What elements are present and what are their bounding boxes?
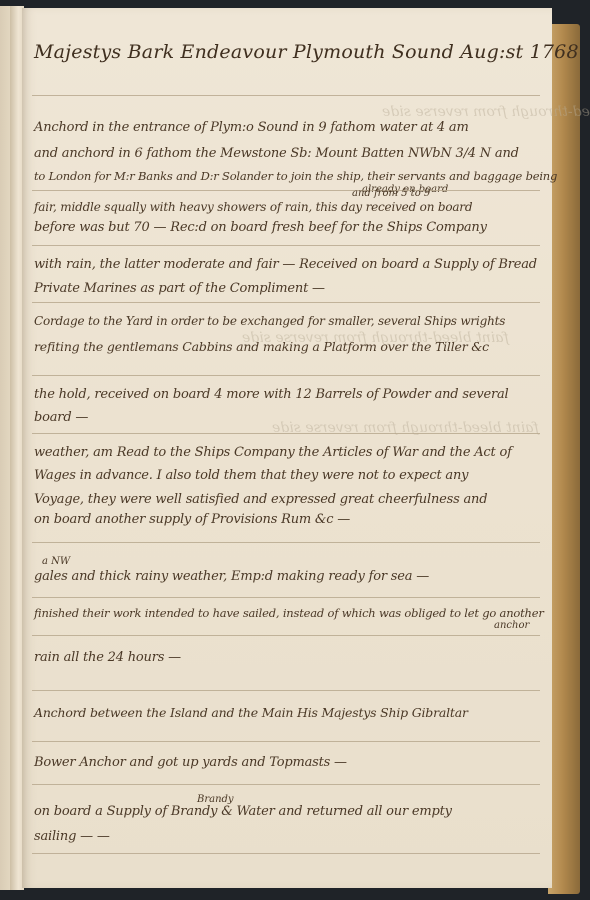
journal-line: the hold, received on board 4 more with … [34, 387, 508, 402]
ruled-line [32, 853, 540, 854]
ruled-line [32, 635, 540, 636]
ruled-line [32, 245, 540, 246]
ruled-line [32, 597, 540, 598]
journal-line: on board a Supply of Brandy & Water and … [34, 804, 452, 819]
ruled-line [32, 95, 540, 96]
bleed-through-text: faint bleed-through from reverse side [382, 104, 590, 120]
journal-line: Private Marines as part of the Complimen… [34, 281, 325, 296]
journal-line: on board another supply of Provisions Ru… [34, 512, 350, 527]
journal-line: weather, am Read to the Ships Company th… [34, 445, 512, 460]
journal-line: Wages in advance. I also told them that … [34, 468, 468, 483]
journal-line: fair, middle squally with heavy showers … [34, 200, 472, 214]
ruled-line [32, 741, 540, 742]
journal-line: Anchord in the entrance of Plym:o Sound … [34, 120, 469, 135]
ruled-line [32, 190, 540, 191]
journal-line: board — [34, 410, 88, 425]
interlinear-insertion: and from 5 to 9 [352, 188, 430, 199]
page-block-edge [548, 24, 580, 894]
ruled-line [32, 690, 540, 691]
journal-line: gales and thick rainy weather, Emp:d mak… [34, 569, 429, 584]
interlinear-insertion: anchor [494, 620, 529, 631]
journal-line: Cordage to the Yard in order to be excha… [34, 314, 505, 328]
journal-line: Bower Anchor and got up yards and Topmas… [34, 755, 347, 770]
journal-line: to London for M:r Banks and D:r Solander… [34, 169, 557, 183]
ruled-line [32, 542, 540, 543]
journal-line: refiting the gentlemans Cabbins and maki… [34, 339, 489, 354]
page-title: Majestys Bark Endeavour Plymouth Sound A… [34, 41, 579, 63]
journal-line: sailing — — [34, 829, 110, 844]
journal-page: faint bleed-through from reverse side fa… [22, 8, 552, 888]
ruled-line [32, 302, 540, 303]
journal-line: rain all the 24 hours — [34, 650, 181, 665]
journal-line: before was but 70 — Rec:d on board fresh… [34, 220, 487, 235]
journal-line: finished their work intended to have sai… [34, 606, 544, 620]
ruled-line [32, 375, 540, 376]
journal-line: with rain, the latter moderate and fair … [34, 257, 537, 272]
journal-line: Voyage, they were well satisfied and exp… [34, 492, 487, 507]
interlinear-insertion: a NW [42, 556, 70, 567]
journal-line: Anchord between the Island and the Main … [34, 705, 468, 720]
journal-line: and anchord in 6 fathom the Mewstone Sb:… [34, 146, 519, 161]
ruled-line [32, 784, 540, 785]
ruled-line [32, 433, 540, 434]
